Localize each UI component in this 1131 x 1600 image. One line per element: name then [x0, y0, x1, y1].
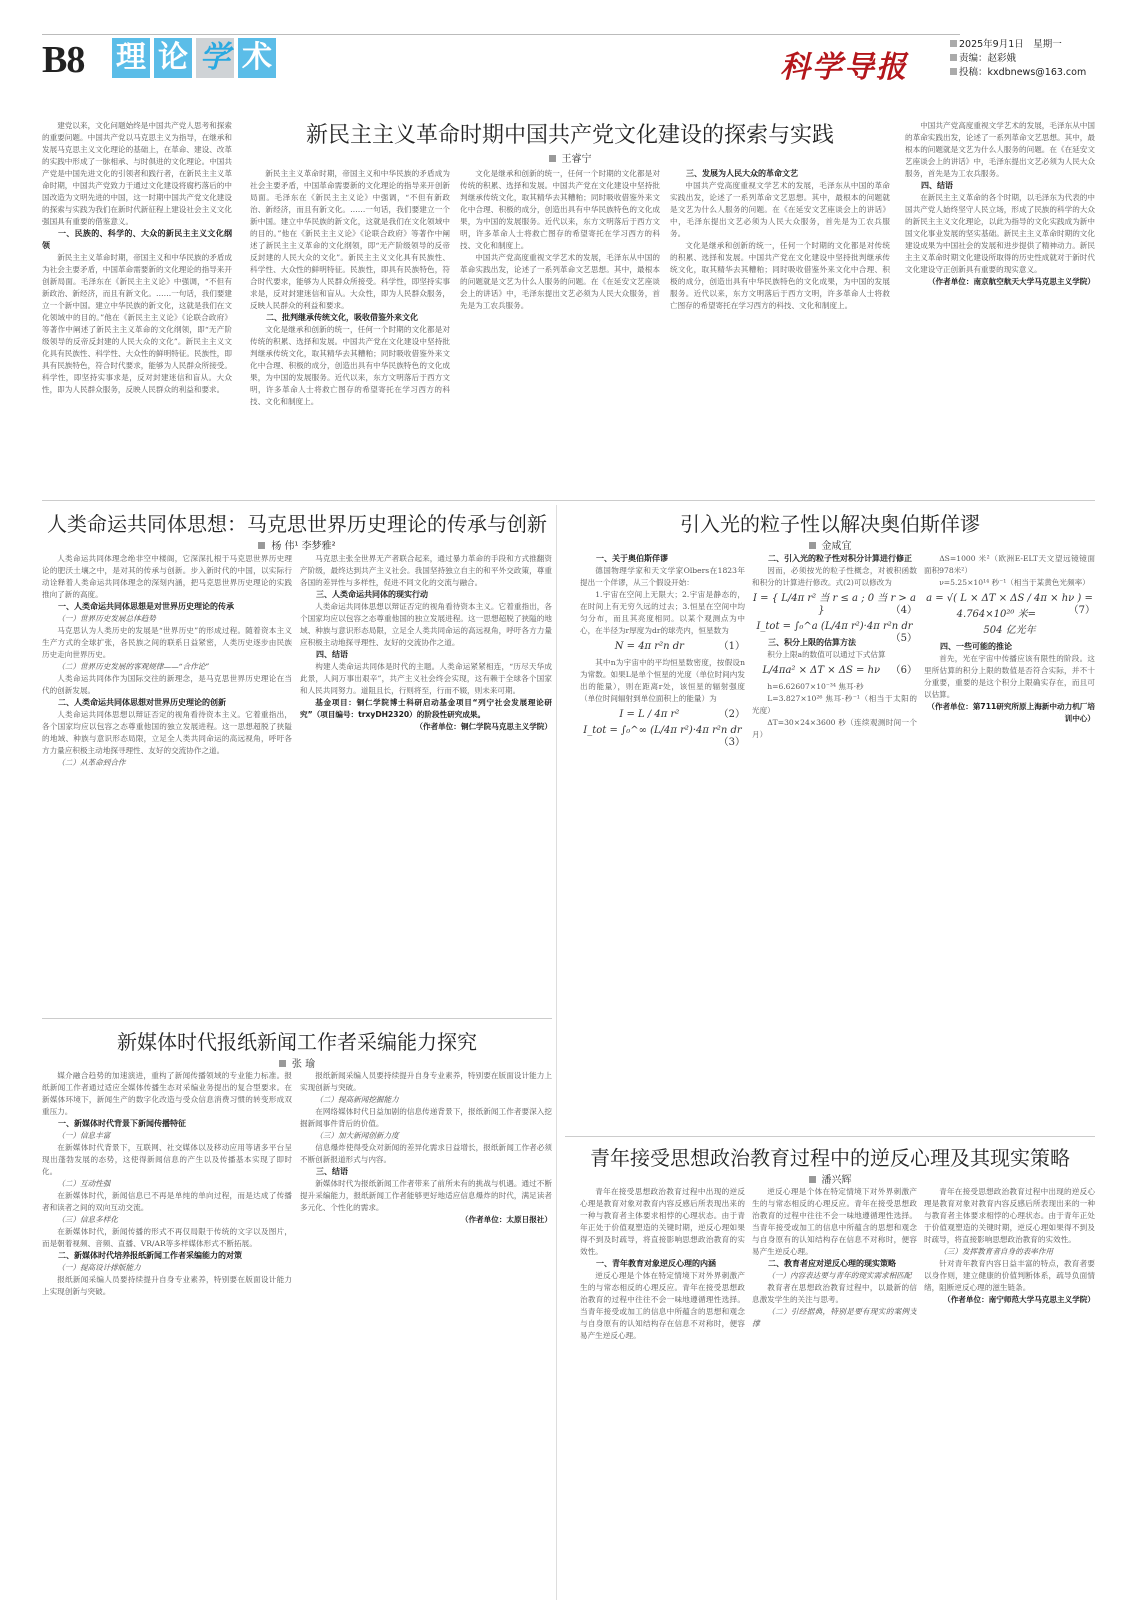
section-heading: 二、新媒体时代培养报纸新闻工作者采编能力的对策	[42, 1250, 292, 1262]
author-unit: （作者单位：南京航空航天大学马克思主义学院）	[905, 276, 1095, 288]
article3-column-1: 一、关于奥伯斯佯谬 德国物理学家和天文学家Olbers在1823年提出一个佯谬，…	[580, 553, 745, 1108]
section-char: 学	[196, 38, 234, 78]
section-divider	[42, 1018, 552, 1019]
article5-column-1: 青年在接受思想政治教育过程中出现的逆反心理是教育对象对教育内容反感后所表现出来的…	[580, 1186, 745, 1566]
section-text: 首先，光在宇宙中传播应该有限性的阶段。这里所估算的积分上限的数值是否符合实际，并…	[924, 653, 1095, 701]
section-title: 理 论 学 术	[112, 38, 276, 80]
section-text: 文化是继承和创新的统一，任何一个时期的文化都是对传统的积累、选择和发展。中国共产…	[460, 168, 660, 252]
section-heading: 一、民族的、科学的、大众的新民主主义文化纲领	[42, 228, 232, 252]
article3-byline: 金咸宜	[565, 537, 1095, 552]
constant: h=6.62607×10⁻³⁴ 焦耳·秒	[752, 681, 917, 693]
article3-column-3: ΔS=1000 米²（欧洲E-ELT天文望远镜镜面面积978米²） ν=5.25…	[924, 553, 1095, 1108]
subsection-heading: （三）信息多样化	[42, 1214, 292, 1226]
section-text: 中国共产党高度重视文学艺术的发展，毛泽东从中国的革命实践出发，论述了一系列革命文…	[905, 120, 1095, 180]
section-divider	[42, 500, 1095, 501]
column-divider	[556, 505, 557, 1600]
section-text: 新媒体时代为报纸新闻工作者带来了前所未有的挑战与机遇。通过不断提升采编能力，报纸…	[300, 1178, 552, 1214]
article2-column-2: 马克思主张全世界无产者联合起来，通过暴力革命的手段和方式推翻资产阶级，最终达到共…	[300, 553, 552, 998]
section-text: 新民主主义革命时期，帝国主义和中华民族的矛盾成为社会主要矛盾，中国革命需要新的文…	[250, 168, 450, 312]
article5-column-2: 逆反心理是个体在特定情境下对外界刺激产生的与常态相反的心理反应。青年在接受思想政…	[752, 1186, 917, 1566]
section-text: 中国共产党高度重视文学艺术的发展，毛泽东从中国的革命实践出发，论述了一系列革命文…	[670, 180, 890, 240]
section-text: 针对青年教育内容日益丰富的特点，教育者要以身作则，建立健康的价值判断体系，疏导负…	[924, 1258, 1095, 1294]
constant: ΔS=1000 米²（欧洲E-ELT天文望远镜镜面面积978米²）	[924, 553, 1095, 577]
masthead-logo: 科学导报	[780, 42, 908, 86]
section-heading: 四、一些可能的推论	[924, 641, 1095, 653]
section-text: 人类命运共同体思想以辩证否定的视角看待资本主义。它着重指出，各个国家均应以包容之…	[42, 709, 292, 757]
article2-column-1: 人类命运共同体理念绝非空中楼阁，它深深扎根于马克思世界历史理论的肥沃土壤之中，是…	[42, 553, 292, 993]
article2-title: 人类命运共同体思想：马克思世界历史理论的传承与创新	[42, 508, 552, 537]
formula-3: I_tot = ∫₀^∞ (L/4π r²)·4π r²n dr（3）	[580, 725, 745, 737]
section-text: 在新媒体时代，新闻信息已不再是单纯的单向过程，而是达成了传播者和读者之间的双向互…	[42, 1190, 292, 1214]
section-text: 报纸新闻采编人员要持续提升自身专业素养，特别要在版面设计能力上实现创新与突破。	[300, 1070, 552, 1094]
formula-1: N = 4π r²n dr（1）	[580, 641, 745, 653]
section-heading: 二、引入光的粒子性对积分计算进行修正	[752, 553, 917, 565]
article1-title: 新民主主义革命时期中国共产党文化建设的探索与实践	[240, 118, 900, 149]
editor: 责编：赵彩娥	[950, 52, 1086, 66]
section-heading: 一、关于奥伯斯佯谬	[580, 553, 745, 565]
article3-title: 引入光的粒子性以解决奥伯斯佯谬	[565, 508, 1095, 537]
section-heading: 三、人类命运共同体的现实行动	[300, 589, 552, 601]
subsection-heading: （一）世界历史发展总体趋势	[42, 613, 292, 625]
article5-column-3: 青年在接受思想政治教育过程中出现的逆反心理是教育对象对教育内容反感后所表现出来的…	[924, 1186, 1095, 1566]
section-text: 中国共产党高度重视文学艺术的发展，毛泽东从中国的革命实践出发，论述了一系列革命文…	[460, 252, 660, 312]
article4-column-2: 报纸新闻采编人员要持续提升自身专业素养，特别要在版面设计能力上实现创新与突破。 …	[300, 1070, 552, 1570]
subsection-heading: （三）发挥教育者自身的表率作用	[924, 1246, 1095, 1258]
subsection-heading: （三）加大新闻创新力度	[300, 1130, 552, 1142]
formula-2: I = L / 4π r²（2）	[580, 709, 745, 721]
article1-column-3: 文化是继承和创新的统一，任何一个时期的文化都是对传统的积累、选择和发展。中国共产…	[460, 168, 660, 498]
section-heading: 二、教育者应对逆反心理的现实策略	[752, 1258, 917, 1270]
subsection-heading: （二）从革命到合作	[42, 757, 292, 769]
section-char: 论	[154, 38, 192, 78]
section-char: 术	[238, 38, 276, 78]
article1-lead-column: 建党以来，文化问题始终是中国共产党人思考和探索的重要问题。中国共产党以马克思主义…	[42, 120, 232, 500]
header-rule	[42, 34, 960, 35]
formula-5: I_tot = ∫₀^a (L/4π r²)·4π r²n dr（5）	[752, 621, 917, 633]
section-text: 在新媒体时代，新闻传播的形式不再仅局限于传统的文字以及图片，而是朝着视频、音频、…	[42, 1226, 292, 1250]
section-text: 德国物理学家和天文学家Olbers在1823年提出一个佯谬，从三个假设开始：	[580, 565, 745, 589]
article-lead: 建党以来，文化问题始终是中国共产党人思考和探索的重要问题。中国共产党以马克思主义…	[42, 120, 232, 228]
section-heading: 四、结语	[905, 180, 1095, 192]
subsection-heading: （一）信息丰富	[42, 1130, 292, 1142]
section-heading: 二、批判继承传统文化，吸收借鉴外来文化	[250, 312, 450, 324]
section-heading: 四、结语	[300, 649, 552, 661]
article4-title: 新媒体时代报纸新闻工作者采编能力探究	[42, 1026, 552, 1055]
fund-note: 基金项目：铜仁学院博士科研启动基金项目“列宁社会发展理论研究”（项目编号：trx…	[300, 697, 552, 721]
constant: ΔT=30×24×3600 秒（连续观测时间一个月）	[752, 717, 917, 741]
article5-title: 青年接受思想政治教育过程中的逆反心理及其现实策略	[565, 1142, 1095, 1171]
issue-date: 2025年9月1日 星期一	[950, 38, 1086, 52]
author-unit: （作者单位：铜仁学院马克思主义学院）	[300, 721, 552, 733]
section-text: 构建人类命运共同体是时代的主题。人类命运紧紧相连，“历尽天华成此景，人间万事出艰…	[300, 661, 552, 697]
subsection-heading: （二）互动性强	[42, 1178, 292, 1190]
section-text: 逆反心理是个体在特定情境下对外界刺激产生的与常态相反的心理反应。青年在接受思想政…	[580, 1270, 745, 1342]
section-heading: 一、人类命运共同体思想是对世界历史理论的传承	[42, 601, 292, 613]
section-text: 马克思认为人类历史的发展是“世界历史”的形成过程。随着资本主义生产方式的全球扩张…	[42, 625, 292, 661]
section-text: 积分上限a的数值可以通过下式估算	[752, 649, 917, 661]
section-char: 理	[112, 38, 150, 78]
article-lead: 青年在接受思想政治教育过程中出现的逆反心理是教育对象对教育内容反感后所表现出来的…	[580, 1186, 745, 1258]
article4-column-1: 媒介融合趋势的加速演进，重构了新闻传播领域的专业能力标准。报纸新闻工作者通过适应…	[42, 1070, 292, 1570]
section-text: 报纸新闻采编人员要持续提升自身专业素养，特别要在版面设计能力上实现创新与突破。	[42, 1274, 292, 1298]
issue-meta: 2025年9月1日 星期一 责编：赵彩娥 投稿：kxdbnews@163.com	[950, 38, 1086, 80]
section-heading: 三、发展为人民大众的革命文艺	[670, 168, 890, 180]
subsection-heading: （一）提高设计排版能力	[42, 1262, 292, 1274]
section-heading: 一、青年教育对象逆反心理的内涵	[580, 1258, 745, 1270]
section-text: 逆反心理是个体在特定情境下对外界刺激产生的与常态相反的心理反应。青年在接受思想政…	[752, 1186, 917, 1258]
section-heading: 三、结语	[300, 1166, 552, 1178]
section-text: 教育者在思想政治教育过程中，以最新的信息激发学生的关注与思考。	[752, 1282, 917, 1306]
author-unit: （作者单位：南宁师范大学马克思主义学院）	[924, 1294, 1095, 1306]
section-text: 在新媒体时代背景下，互联网、社交媒体以及移动应用等诸多平台呈现出蓬勃发展的态势，…	[42, 1142, 292, 1178]
subsection-heading: （一）内容表达要与青年的现实需求相匹配	[752, 1270, 917, 1282]
article1-column-2: 新民主主义革命时期，帝国主义和中华民族的矛盾成为社会主要矛盾，中国革命需要新的文…	[250, 168, 450, 498]
section-text: 人类命运共同体作为国际交往的新理念，是马克思世界历史理论在当代的创新发展。	[42, 673, 292, 697]
subsection-heading: （二）引经据典，特别是要有现实的案例支撑	[752, 1306, 917, 1330]
contribute-email: 投稿：kxdbnews@163.com	[950, 66, 1086, 80]
author-unit: （作者单位：第711研究所原上海新中动力机厂培训中心）	[924, 701, 1095, 725]
article2-byline: 杨 伟¹ 李梦雅²	[42, 537, 552, 552]
section-text: 人类命运共同体思想以辩证否定的视角看待资本主义。它着重指出，各个国家均应以包容之…	[300, 601, 552, 649]
page-number: B8	[42, 40, 84, 80]
article5-byline: 潘兴辉	[565, 1171, 1095, 1186]
section-text: 信息爆炸使得受众对新闻的差异化需求日益增长，报纸新闻工作者必须不断创新报道形式与…	[300, 1142, 552, 1166]
author-unit: （作者单位：太原日报社）	[300, 1214, 552, 1226]
article1-column-5: 中国共产党高度重视文学艺术的发展，毛泽东从中国的革命实践出发，论述了一系列革命文…	[905, 120, 1095, 490]
section-text: 在新民主主义革命的各个时期，以毛泽东为代表的中国共产党人始终坚守人民立场，形成了…	[905, 192, 1095, 276]
constant: L=3.827×10²⁶ 焦耳·秒⁻¹（相当于太阳的光度）	[752, 693, 917, 717]
article-lead: 人类命运共同体理念绝非空中楼阁，它深深扎根于马克思世界历史理论的肥沃土壤之中，是…	[42, 553, 292, 601]
section-divider	[565, 1136, 1095, 1137]
section-text: 文化是继承和创新的统一，任何一个时期的文化都是对传统的积累、选择和发展。中国共产…	[670, 240, 890, 312]
subsection-heading: （二）世界历史发展的客观规律——“合作论”	[42, 661, 292, 673]
subsection-heading: （二）提高新闻挖掘能力	[300, 1094, 552, 1106]
section-text: 在网络媒体时代日益加剧的信息传递背景下，报纸新闻工作者要深入挖掘新闻事件背后的价…	[300, 1106, 552, 1130]
section-heading: 二、人类命运共同体思想对世界历史理论的创新	[42, 697, 292, 709]
article1-byline: 王睿宁	[240, 150, 900, 165]
constant: ν=5.25×10¹⁴ 秒⁻¹（相当于某黄色光频率）	[924, 577, 1095, 589]
formula-7: a = √( L × ΔT × ΔS / 4π × hν ) =（7）	[924, 593, 1095, 605]
result-lightyears: 504 亿光年	[924, 625, 1095, 637]
formula-4: I = { L/4π r² 当 r ≤ a ; 0 当 r > a }（4）	[752, 593, 917, 617]
article3-column-2: 二、引入光的粒子性对积分计算进行修正 因而，必须按光的粒子性概念，对被积函数和积…	[752, 553, 917, 1108]
formula-6: L/4πa² × ΔT × ΔS = hν（6）	[752, 665, 917, 677]
section-text: 因而，必须按光的粒子性概念，对被积函数和积分的计算进行修改。式(2)可以修改为	[752, 565, 917, 589]
section-text: 新民主主义革命时期，帝国主义和中华民族的矛盾成为社会主要矛盾，中国革命需要新的文…	[42, 252, 232, 396]
section-text: 青年在接受思想政治教育过程中出现的逆反心理是教育对象对教育内容反感后所表现出来的…	[924, 1186, 1095, 1246]
section-text: 其中n为宇宙中的平均恒星数密度，按假设n为常数。如果L是单个恒星的光度（单位时间…	[580, 657, 745, 705]
section-text: 1.宇宙在空间上无限大；2.宇宙是静态的，在时间上有无穷久远的过去；3.恒星在空…	[580, 589, 745, 637]
article-lead: 媒介融合趋势的加速演进，重构了新闻传播领域的专业能力标准。报纸新闻工作者通过适应…	[42, 1070, 292, 1118]
section-text: 马克思主张全世界无产者联合起来，通过暴力革命的手段和方式推翻资产阶级，最终达到共…	[300, 553, 552, 589]
section-heading: 一、新媒体时代背景下新闻传播特征	[42, 1118, 292, 1130]
article4-byline: 张 瑜	[42, 1055, 552, 1070]
article1-column-4: 三、发展为人民大众的革命文艺 中国共产党高度重视文学艺术的发展，毛泽东从中国的革…	[670, 168, 890, 498]
section-text: 文化是继承和创新的统一，任何一个时期的文化都是对传统的积累、选择和发展。中国共产…	[250, 324, 450, 408]
